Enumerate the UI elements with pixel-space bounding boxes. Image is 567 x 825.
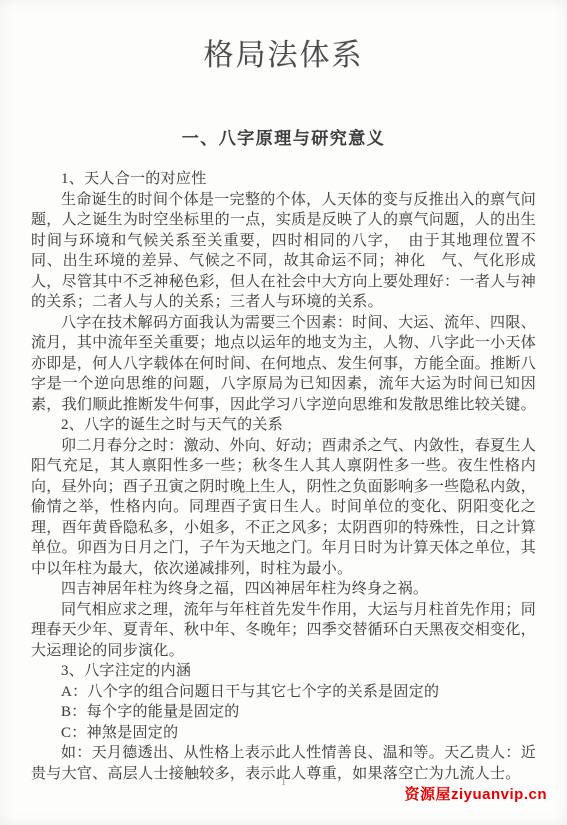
body-paragraph: 同气相应求之理，流年与年柱首先发牛作用，大运与月柱首先作用；同理春天少年、夏青年… xyxy=(31,600,536,662)
body-paragraph: B：每个字的能量是固定的 xyxy=(31,702,536,723)
body-subheading: 2、八字的诞生之时与天气的关系 xyxy=(31,415,536,436)
body-paragraph: 八字在技术解码方面我认为需要三个因素：时间、大运、流年、四限、流月，其中流年至关… xyxy=(31,313,536,416)
section-heading: 一、八字原理与研究意义 xyxy=(0,124,567,149)
document-title: 格局法体系 xyxy=(0,0,567,74)
scanned-document-page: 格局法体系 一、八字原理与研究意义 1、天人合一的对应性生命诞生的时间个体是一完… xyxy=(0,0,567,825)
body-paragraph: 卯二月春分之时：激动、外向、好动；酉肃杀之气、内敛性，春夏生人阳气充足，其人禀阳… xyxy=(31,436,536,580)
body-paragraph: C：神煞是固定的 xyxy=(31,723,536,744)
watermark-text: 资源屋ziyuanvip.cn xyxy=(404,783,547,804)
body-paragraph: 生命诞生的时间个体是一完整的个体，人天体的变与反推出入的禀气问题，人之诞生为时空… xyxy=(31,190,536,313)
body-paragraph: 四吉神居年柱为终身之福，四凶神居年柱为终身之祸。 xyxy=(31,579,536,600)
body-paragraph: A：八个字的组合问题日干与其它七个字的关系是固定的 xyxy=(31,682,536,703)
body-subheading: 3、八字注定的内涵 xyxy=(31,661,536,682)
document-body: 1、天人合一的对应性生命诞生的时间个体是一完整的个体，人天体的变与反推出入的禀气… xyxy=(0,169,567,784)
page-footer: 1 资源屋ziyuanvip.cn xyxy=(0,777,567,801)
body-subheading: 1、天人合一的对应性 xyxy=(31,169,536,190)
